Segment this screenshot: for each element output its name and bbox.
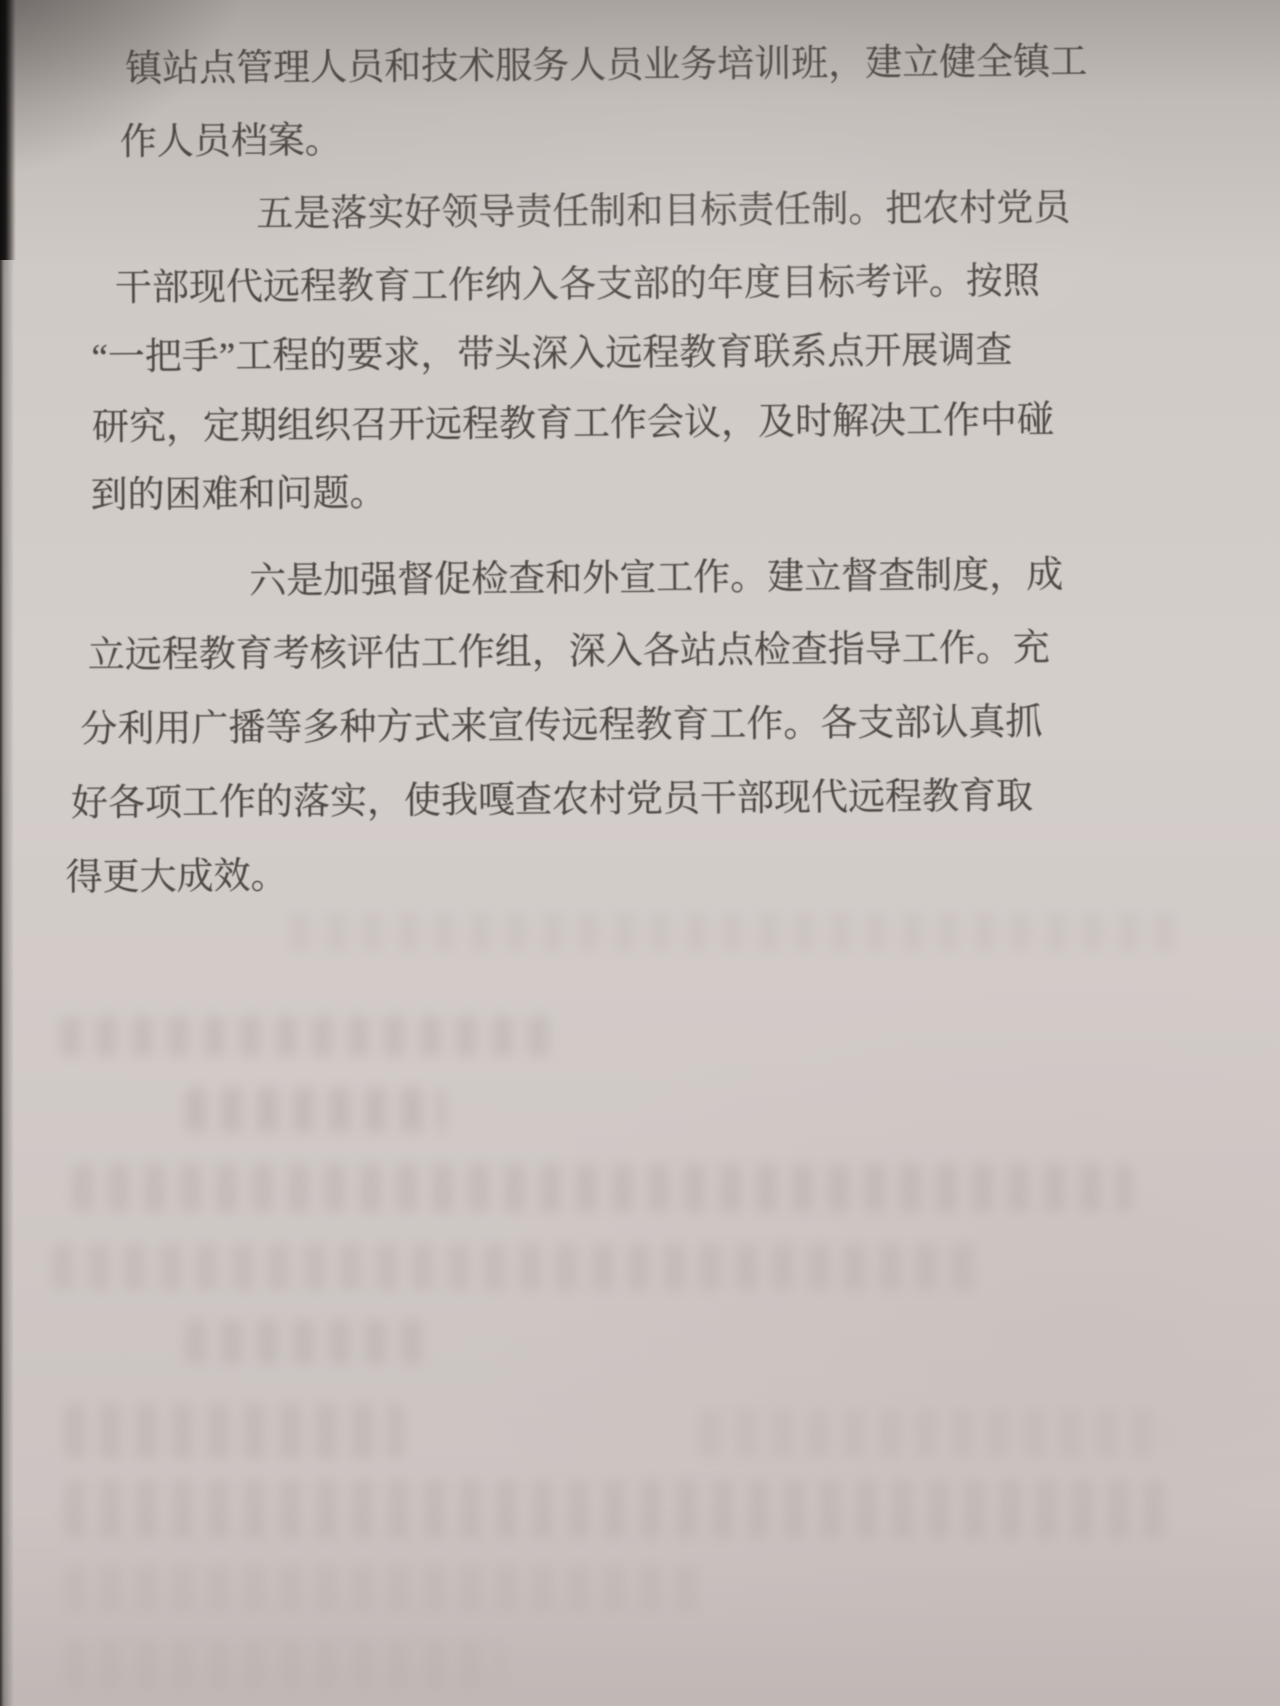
text-line-paragraph-start: 六是加强督促检查和外宣工作。建立督查制度，成 xyxy=(249,554,1063,605)
text-line: 分利用广播等多种方式来宣传远程教育工作。各支部认真抓 xyxy=(80,701,1042,753)
bleedthrough-row xyxy=(290,912,1190,952)
photo-edge-shadow xyxy=(0,0,16,1706)
text-line: 镇站点管理人员和技术服务人员业务培训班，建立健全镇工 xyxy=(125,40,1087,92)
bleedthrough-row xyxy=(64,1404,404,1458)
text-line: “一把手”工程的要求，带头深入远程教育联系点开展调查 xyxy=(91,329,1012,381)
bleedthrough-row xyxy=(60,1016,560,1056)
bleedthrough-row xyxy=(64,1565,704,1611)
text-line: 作人员档案。 xyxy=(120,119,342,165)
bleedthrough-row xyxy=(185,1320,425,1364)
text-line: 到的困难和问题。 xyxy=(90,472,386,519)
text-line: 研究，定期组织召开远程教育工作会议，及时解决工作中碰 xyxy=(92,399,1054,451)
bleedthrough-row xyxy=(700,1410,1170,1458)
text-line: 干部现代远程教育工作纳入各支部的年度目标考评。按照 xyxy=(115,260,1040,312)
bleedthrough-row xyxy=(64,1480,1164,1538)
bleedthrough-row xyxy=(72,1164,1132,1212)
text-line: 好各项工作的落实，使我嘎查农村党员干部现代远程教育取 xyxy=(71,775,1033,827)
bleedthrough-row xyxy=(64,1640,504,1688)
text-line: 得更大成效。 xyxy=(65,855,287,901)
bleedthrough-row xyxy=(52,1244,982,1290)
bleedthrough-row xyxy=(185,1088,445,1132)
text-line: 立远程教育考核评估工作组，深入各站点检查指导工作。充 xyxy=(88,627,1050,679)
text-line-paragraph-start: 五是落实好领导责任制和目标责任制。把农村党员 xyxy=(256,187,1070,238)
document-page-photo: 镇站点管理人员和技术服务人员业务培训班，建立健全镇工 作人员档案。 五是落实好领… xyxy=(0,0,1280,1706)
